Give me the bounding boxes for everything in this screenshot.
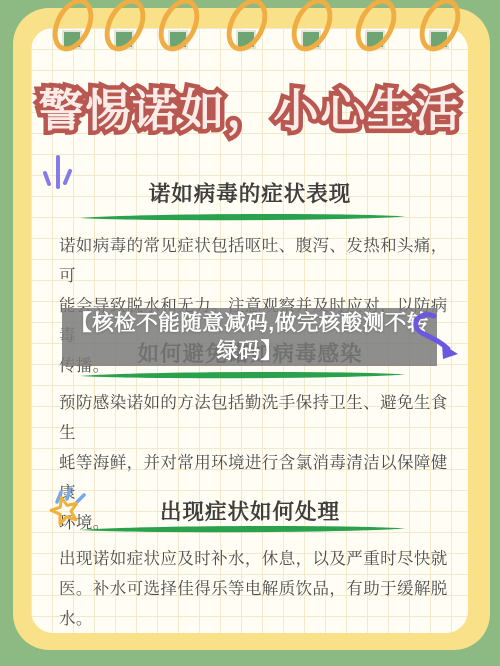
brush-underline: [77, 370, 409, 380]
watermark-banner: 【核检不能随意减码,做完核酸测不转 绿码】: [62, 308, 437, 366]
curved-arrow-icon: [404, 310, 464, 360]
brush-underline: [77, 524, 409, 534]
section-heading-symptoms: 诺如病毒的症状表现: [0, 177, 500, 208]
section-body-treatment: 出现诺如症状应及时补水，休息，以及严重时尽快就 医。补水可选择佳得乐等电解质饮品…: [59, 544, 451, 634]
page-title-text: 警惕诺如，小心生活: [0, 84, 500, 138]
watermark-text: 【核检不能随意减码,做完核酸测不转 绿码】: [70, 309, 428, 365]
poster: 警惕诺如，小心生活 警惕诺如，小心生活 诺如病毒的症状表现 诺如病毒的常见症状包…: [0, 0, 500, 666]
section-heading-treatment: 出现症状如何处理: [0, 495, 500, 526]
brush-underline: [77, 212, 409, 222]
page-title: 警惕诺如，小心生活 警惕诺如，小心生活: [0, 84, 500, 138]
